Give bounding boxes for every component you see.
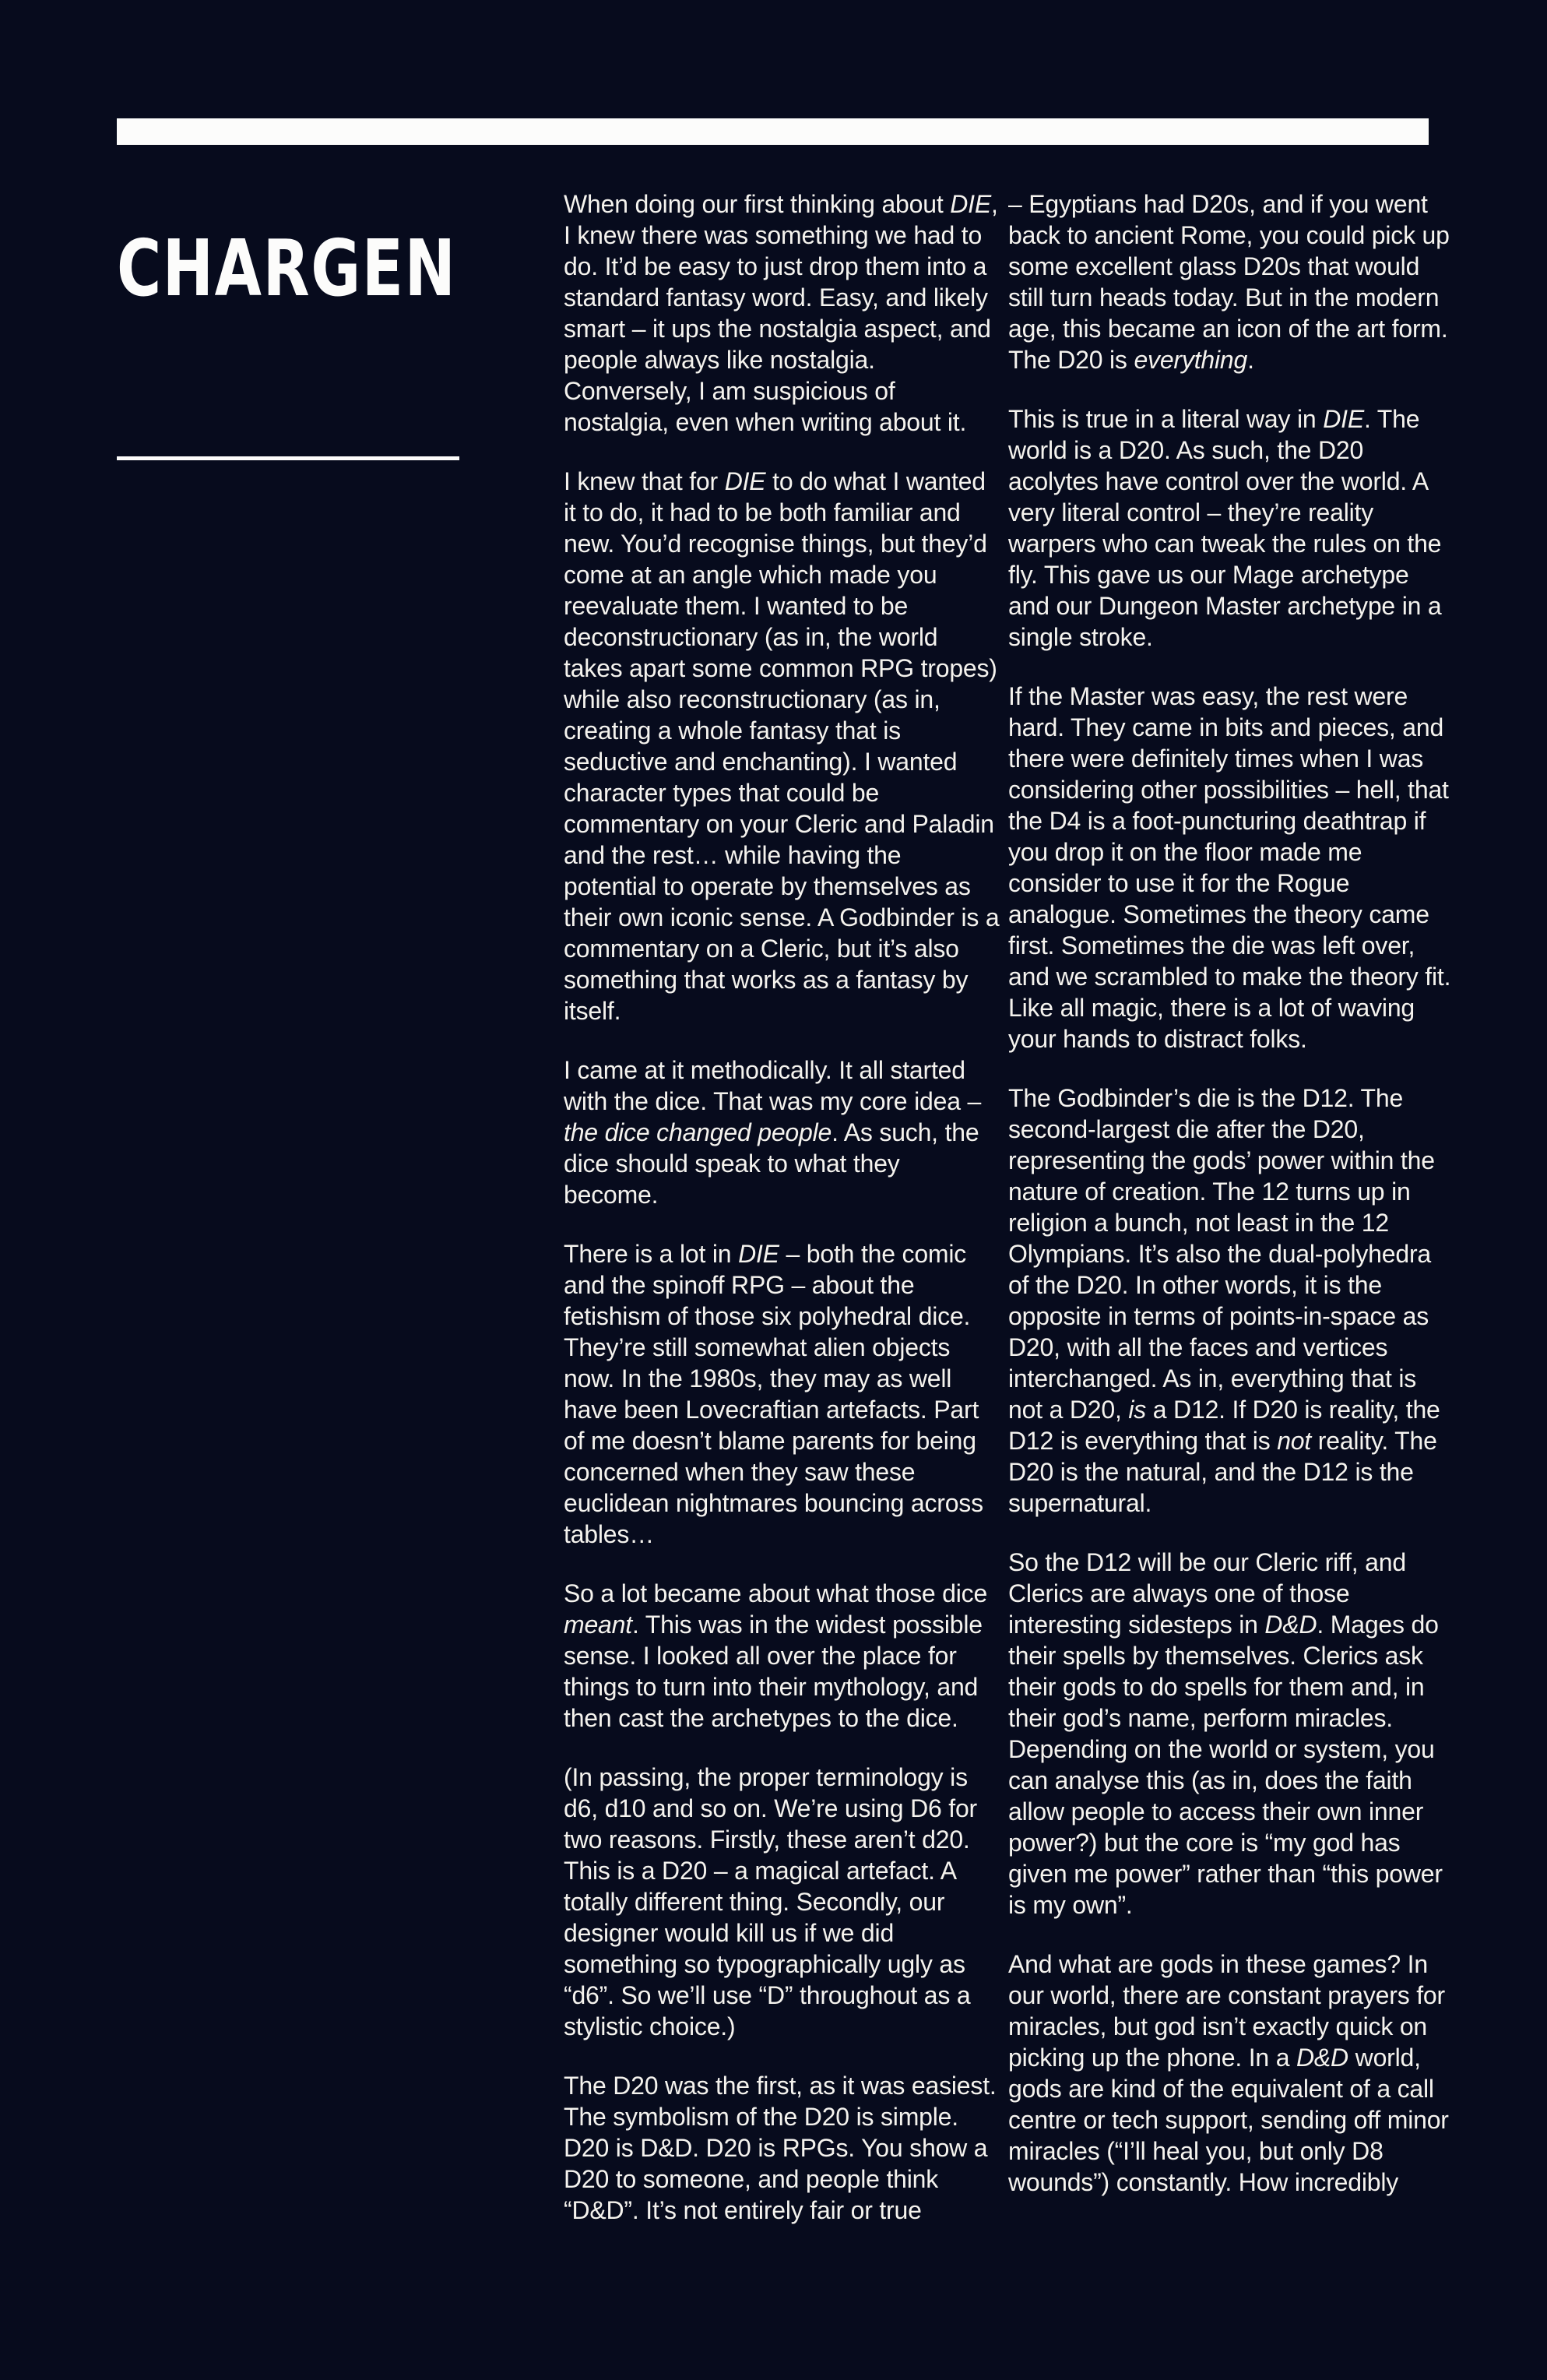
body-text: When doing our first thinking about [564, 190, 950, 218]
body-text: There is a lot in [564, 1240, 738, 1268]
italic-text: DIE [738, 1240, 779, 1268]
paragraph: If the Master was easy, the rest were ha… [1008, 681, 1456, 1054]
body-text: . [1247, 346, 1254, 374]
body-text: , I knew there was something we had to d… [564, 190, 998, 436]
text-column-right: – Egyptians had D20s, and if you went ba… [1008, 188, 1456, 2226]
title-underline [117, 456, 459, 460]
top-rule [117, 118, 1429, 145]
italic-text: meant [564, 1611, 632, 1639]
paragraph: And what are gods in these games? In our… [1008, 1949, 1456, 2198]
body-text: . The world is a D20. As such, the D20 a… [1008, 405, 1442, 651]
italic-text: everything [1134, 346, 1247, 374]
text-column-left: When doing our first thinking about DIE,… [564, 188, 1000, 2254]
paragraph: The Godbinder’s die is the D12. The seco… [1008, 1083, 1456, 1519]
italic-text: DIE [1323, 405, 1364, 433]
paragraph: This is true in a literal way in DIE. Th… [1008, 403, 1456, 653]
paragraph: – Egyptians had D20s, and if you went ba… [1008, 188, 1456, 375]
paragraph: So a lot became about what those dice me… [564, 1578, 1000, 1734]
book-page: CHARGEN When doing our first thinking ab… [0, 0, 1547, 2380]
italic-text: D&D [1296, 2044, 1348, 2072]
page-title: CHARGEN [117, 230, 456, 308]
body-text: The Godbinder’s die is the D12. The seco… [1008, 1084, 1435, 1424]
body-text: I came at it methodically. It all starte… [564, 1056, 981, 1115]
paragraph: So the D12 will be our Cleric riff, and … [1008, 1547, 1456, 1921]
body-text: (In passing, the proper terminology is d… [564, 1763, 977, 2040]
paragraph: I knew that for DIE to do what I wanted … [564, 466, 1000, 1026]
body-text: – both the comic and the spinoff RPG – a… [564, 1240, 983, 1548]
paragraph: (In passing, the proper terminology is d… [564, 1762, 1000, 2042]
body-text: The D20 was the first, as it was easiest… [564, 2072, 997, 2224]
body-text: This is true in a literal way in [1008, 405, 1323, 433]
italic-text: is [1128, 1396, 1146, 1424]
body-text: . Mages do their spells by themselves. C… [1008, 1611, 1443, 1919]
italic-text: DIE [950, 190, 991, 218]
paragraph: I came at it methodically. It all starte… [564, 1054, 1000, 1210]
paragraph: When doing our first thinking about DIE,… [564, 188, 1000, 438]
body-text: I knew that for [564, 467, 725, 495]
italic-text: not [1277, 1427, 1311, 1455]
paragraph: The D20 was the first, as it was easiest… [564, 2070, 1000, 2226]
body-text: If the Master was easy, the rest were ha… [1008, 682, 1450, 1053]
body-text: So a lot became about what those dice [564, 1579, 987, 1607]
paragraph: There is a lot in DIE – both the comic a… [564, 1238, 1000, 1550]
italic-text: the dice changed people [564, 1118, 832, 1146]
italic-text: D&D [1264, 1611, 1317, 1639]
italic-text: DIE [725, 467, 766, 495]
body-text: to do what I wanted it to do, it had to … [564, 467, 999, 1025]
